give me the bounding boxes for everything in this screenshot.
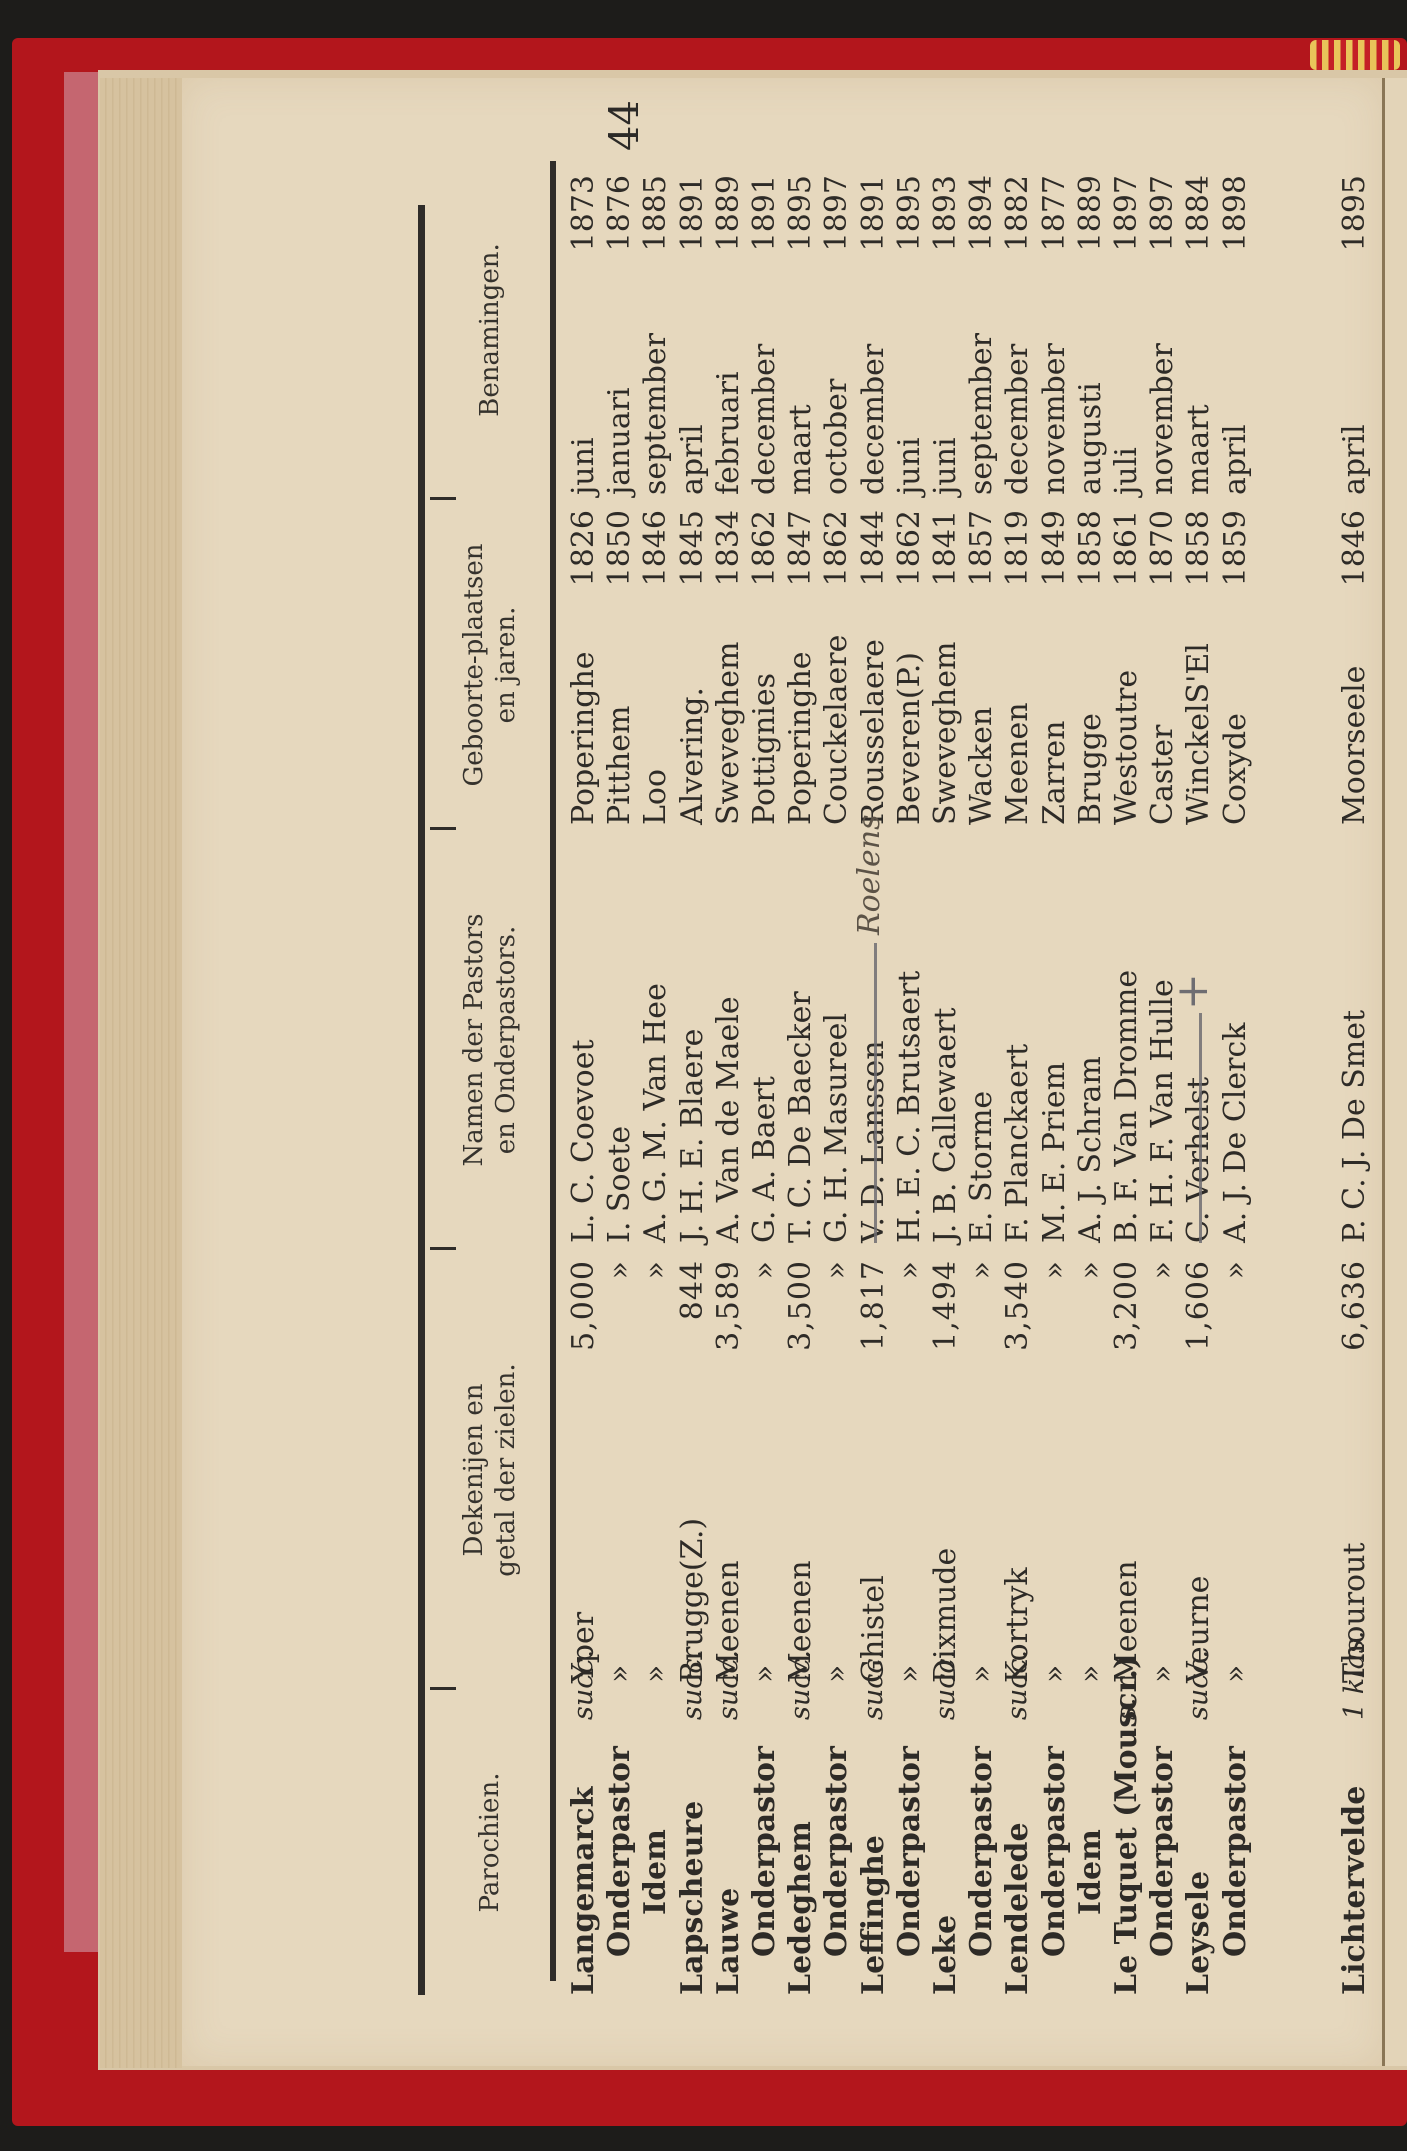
dekenij-cell: Dixmude bbox=[928, 1428, 964, 1683]
benaming-jaar-cell: 1897 bbox=[1145, 175, 1181, 285]
zielen-cell: » bbox=[964, 1260, 1000, 1410]
zielen-cell: » bbox=[747, 1260, 783, 1410]
naam-cell: G. A. Baert bbox=[747, 823, 783, 1243]
dekenij-cell: » bbox=[892, 1428, 928, 1683]
naam-cell: J. B. Callewaert bbox=[928, 823, 964, 1243]
geboorteplaats-cell: Pitthem bbox=[602, 590, 638, 825]
parochie-cell: Lendelede bbox=[1000, 1730, 1036, 1995]
benaming-jaar-cell: 1891 bbox=[747, 175, 783, 285]
benaming-jaar-cell: 1895 bbox=[1337, 175, 1373, 285]
pencil-strikethrough bbox=[1199, 1013, 1202, 1243]
header-namen: Namen der Pastors en Onderpastors. bbox=[440, 830, 540, 1250]
benaming-jaar-cell: 1895 bbox=[892, 175, 928, 285]
geboorteplaats-cell: Poperinghe bbox=[566, 590, 602, 825]
benaming-jaar-cell: 1891 bbox=[856, 175, 892, 285]
table-row: Onderpastor»»E. StormeWacken1857septembe… bbox=[964, 155, 1000, 1995]
table-row: Onderpastor»»G. A. BaertPottignies1862de… bbox=[747, 155, 783, 1995]
naam-cell: F. Planckaert bbox=[1000, 823, 1036, 1243]
table-row: Onderpastor»»I. SoetePitthem1850januari1… bbox=[602, 155, 638, 1995]
benaming-maand-cell: maart bbox=[1181, 295, 1217, 495]
table-row: Onderpastor»»A. J. De ClerckCoxyde1859ap… bbox=[1218, 155, 1254, 1995]
table-row: Leffinghesucc.Ghistel1,817V. D. LanssenR… bbox=[856, 155, 892, 1995]
parochie-cell: Idem bbox=[1073, 1650, 1109, 1995]
geboortejaar-cell: 1857 bbox=[964, 510, 1000, 590]
naam-cell: M. E. Priem bbox=[1037, 823, 1073, 1243]
header-benamingen: Benamingen. bbox=[440, 160, 540, 500]
geboortejaar-cell: 1862 bbox=[819, 510, 855, 590]
geboorteplaats-cell: Rousselaere bbox=[856, 590, 892, 825]
benaming-jaar-cell: 1882 bbox=[1000, 175, 1036, 285]
geboorteplaats-cell: Coxyde bbox=[1218, 590, 1254, 825]
naam-cell: G. H. Masureel bbox=[819, 823, 855, 1243]
benaming-maand-cell: september bbox=[964, 295, 1000, 495]
parochie-cell: Onderpastor bbox=[747, 1692, 783, 1995]
zielen-cell: 3,540 bbox=[1000, 1260, 1036, 1410]
parochie-cell: Onderpastor bbox=[819, 1692, 855, 1995]
benaming-maand-cell: augusti bbox=[1073, 295, 1109, 495]
geboortejaar-cell: 1858 bbox=[1073, 510, 1109, 590]
naam-cell: T. C. De Baecker bbox=[783, 823, 819, 1243]
geboortejaar-cell: 1859 bbox=[1218, 510, 1254, 590]
zielen-cell: 6,636 bbox=[1337, 1260, 1373, 1410]
table-row: Lapscheuresucc.Brugge(Z.)844J. H. E. Bla… bbox=[675, 155, 711, 1995]
geboorteplaats-cell: Pottignies bbox=[747, 590, 783, 825]
geboortejaar-cell: 1834 bbox=[711, 510, 747, 590]
table-row: Lendeledesucc.Kortryk3,540F. PlanckaertM… bbox=[1000, 155, 1036, 1995]
geboortejaar-cell: 1844 bbox=[856, 510, 892, 590]
zielen-cell: » bbox=[1145, 1260, 1181, 1410]
dekenij-cell: » bbox=[1218, 1428, 1254, 1683]
zielen-cell: 1,606 bbox=[1181, 1260, 1217, 1410]
geboorteplaats-cell: Alvering. bbox=[675, 590, 711, 825]
zielen-cell: » bbox=[1218, 1260, 1254, 1410]
dekenij-cell: Veurne bbox=[1181, 1428, 1217, 1683]
parochie-cell: Ledeghem bbox=[783, 1730, 819, 1995]
zielen-cell: 3,589 bbox=[711, 1260, 747, 1410]
naam-cell: B. F. Van Dromme bbox=[1109, 823, 1145, 1243]
zielen-cell: » bbox=[892, 1260, 928, 1410]
naam-cell: A. J. Schram bbox=[1073, 823, 1109, 1243]
parochie-cell: Leke bbox=[928, 1730, 964, 1995]
benaming-maand-cell: januari bbox=[602, 295, 638, 495]
parochie-cell: Onderpastor bbox=[1218, 1692, 1254, 1995]
parochie-cell: Onderpastor bbox=[892, 1692, 928, 1995]
pencil-strikethrough bbox=[874, 943, 877, 1243]
geboorteplaats-cell: Sweveghem bbox=[928, 590, 964, 825]
page-number: 44 bbox=[602, 100, 648, 151]
table-row: Onderpastor»»F. H. F. Van HulleCaster187… bbox=[1145, 155, 1181, 1995]
table-row: Leyselesucc.Veurne1,606C. VerhelstWincke… bbox=[1181, 155, 1217, 1995]
header-geboorte: Geboorte-plaatsen en jaren. bbox=[440, 500, 540, 830]
benaming-jaar-cell: 1897 bbox=[1109, 175, 1145, 285]
table-row: Lauwesucc.Meenen3,589A. Van de MaeleSwev… bbox=[711, 155, 747, 1995]
table-row: Langemarcksucc.Yper5,000L. C. CoevoetPop… bbox=[566, 155, 602, 1995]
dekenij-cell: Ghistel bbox=[856, 1428, 892, 1683]
benaming-maand-cell: october bbox=[819, 295, 855, 495]
benaming-maand-cell: december bbox=[856, 295, 892, 495]
zielen-cell: 5,000 bbox=[566, 1260, 602, 1410]
table-row: Lichtervelde1 klas.Thourout6,636P. C. J.… bbox=[1337, 155, 1373, 1995]
parochie-cell: Lapscheure bbox=[675, 1730, 711, 1995]
geboortejaar-cell: 1846 bbox=[638, 510, 674, 590]
benaming-maand-cell: juni bbox=[892, 295, 928, 495]
geboortejaar-cell: 1862 bbox=[747, 510, 783, 590]
zielen-cell: 1,817 bbox=[856, 1260, 892, 1410]
table-row: Onderpastor»»G. H. MasureelCouckelaere18… bbox=[819, 155, 855, 1995]
naam-cell: F. H. F. Van Hulle bbox=[1145, 823, 1181, 1243]
benaming-jaar-cell: 1877 bbox=[1037, 175, 1073, 285]
zielen-cell: » bbox=[602, 1260, 638, 1410]
table-row: Ledeghemsucc.Meenen3,500T. C. De Baecker… bbox=[783, 155, 819, 1995]
dekenij-cell: » bbox=[602, 1428, 638, 1683]
table-row: Idem»»A. J. SchramBrugge1858augusti1889 bbox=[1073, 155, 1109, 1995]
naam-cell: P. C. J. De Smet bbox=[1337, 823, 1373, 1243]
dekenij-cell: » bbox=[964, 1428, 1000, 1683]
benaming-jaar-cell: 1876 bbox=[602, 175, 638, 285]
dekenij-cell: Kortryk bbox=[1000, 1428, 1036, 1683]
naam-cell: I. Soete bbox=[602, 823, 638, 1243]
header-namen-line2: en Onderpastors. bbox=[490, 926, 522, 1155]
benaming-jaar-cell: 1891 bbox=[675, 175, 711, 285]
dekenij-cell: Thourout bbox=[1337, 1428, 1373, 1683]
benaming-maand-cell: maart bbox=[783, 295, 819, 495]
benaming-jaar-cell: 1894 bbox=[964, 175, 1000, 285]
geboorteplaats-cell: Brugge bbox=[1073, 590, 1109, 825]
geboortejaar-cell: 1841 bbox=[928, 510, 964, 590]
geboortejaar-cell: 1858 bbox=[1181, 510, 1217, 590]
dekenij-cell: » bbox=[747, 1428, 783, 1683]
naam-cell: E. Storme bbox=[964, 823, 1000, 1243]
parochie-cell: Lauwe bbox=[711, 1730, 747, 1995]
dekenij-cell: » bbox=[638, 1428, 674, 1683]
parochie-cell: Lichtervelde bbox=[1337, 1730, 1373, 1995]
geboortejaar-cell: 1849 bbox=[1037, 510, 1073, 590]
zielen-cell: » bbox=[1037, 1260, 1073, 1410]
table-row: Lekesucc.Dixmude1,494J. B. CallewaertSwe… bbox=[928, 155, 964, 1995]
table-row: Onderpastor»»H. E. C. BrutsaertBeveren(P… bbox=[892, 155, 928, 1995]
benaming-maand-cell: juni bbox=[928, 295, 964, 495]
parochie-cell: Leysele bbox=[1181, 1730, 1217, 1995]
parochie-cell: Langemarck bbox=[566, 1730, 602, 1995]
parochie-cell: Onderpastor bbox=[1037, 1692, 1073, 1995]
zielen-cell: 1,494 bbox=[928, 1260, 964, 1410]
benaming-jaar-cell: 1897 bbox=[819, 175, 855, 285]
zielen-cell: 3,200 bbox=[1109, 1260, 1145, 1410]
benaming-maand-cell: juni bbox=[566, 295, 602, 495]
geboorteplaats-cell: Westoutre bbox=[1109, 590, 1145, 825]
benaming-maand-cell: februari bbox=[711, 295, 747, 495]
geboortejaar-cell: 1845 bbox=[675, 510, 711, 590]
benaming-jaar-cell: 1889 bbox=[1073, 175, 1109, 285]
zielen-cell: » bbox=[638, 1260, 674, 1410]
benaming-maand-cell: april bbox=[1218, 295, 1254, 495]
handwritten-annotation: + bbox=[1175, 973, 1211, 1010]
header-dekenijen: Dekenijen en getal der zielen. bbox=[440, 1250, 540, 1690]
header-namen-line1: Namen der Pastors bbox=[458, 913, 490, 1166]
benaming-maand-cell: november bbox=[1037, 295, 1073, 495]
rotated-page-content: 44 Parochien. Dekenijen en getal der zie… bbox=[0, 0, 1407, 2151]
benaming-jaar-cell: 1895 bbox=[783, 175, 819, 285]
geboorteplaats-cell: Couckelaere bbox=[819, 590, 855, 825]
benaming-jaar-cell: 1898 bbox=[1218, 175, 1254, 285]
parochie-cell: Onderpastor bbox=[602, 1692, 638, 1995]
header-dekenijen-line1: Dekenijen en bbox=[458, 1383, 490, 1556]
geboorteplaats-cell: Loo bbox=[638, 590, 674, 825]
header-parochien: Parochien. bbox=[440, 1690, 540, 1995]
geboorteplaats-cell: Meenen bbox=[1000, 590, 1036, 825]
dekenij-cell: Brugge(Z.) bbox=[675, 1428, 711, 1683]
dekenij-cell: » bbox=[1145, 1428, 1181, 1683]
geboorteplaats-cell: Wacken bbox=[964, 590, 1000, 825]
dekenij-cell: Yper bbox=[566, 1428, 602, 1683]
geboorteplaats-cell: WinckelS'El bbox=[1181, 590, 1217, 825]
geboortejaar-cell: 1861 bbox=[1109, 510, 1145, 590]
naam-cell: A. G. M. Van Hee bbox=[638, 823, 674, 1243]
benaming-maand-cell: april bbox=[1337, 295, 1373, 495]
benaming-jaar-cell: 1873 bbox=[566, 175, 602, 285]
benaming-maand-cell: december bbox=[1000, 295, 1036, 495]
header-benamingen-label: Benamingen. bbox=[474, 243, 506, 417]
benaming-jaar-cell: 1885 bbox=[638, 175, 674, 285]
parochie-cell: Leffinghe bbox=[856, 1730, 892, 1995]
dekenij-cell: Meenen bbox=[783, 1428, 819, 1683]
zielen-cell: » bbox=[1073, 1260, 1109, 1410]
geboorteplaats-cell: Sweveghem bbox=[711, 590, 747, 825]
geboorteplaats-cell: Zarren bbox=[1037, 590, 1073, 825]
parochie-cell: Onderpastor bbox=[964, 1692, 1000, 1995]
handwritten-annotation: Roelens bbox=[852, 815, 888, 935]
naam-cell: A. Van de Maele bbox=[711, 823, 747, 1243]
benaming-maand-cell: november bbox=[1145, 295, 1181, 495]
geboorteplaats-cell: Moorseele bbox=[1337, 590, 1373, 825]
naam-cell: H. E. C. Brutsaert bbox=[892, 823, 928, 1243]
naam-cell: J. H. E. Blaere bbox=[675, 823, 711, 1243]
zielen-cell: 844 bbox=[675, 1260, 711, 1410]
parochie-cell: Idem bbox=[638, 1650, 674, 1995]
benaming-maand-cell: december bbox=[747, 295, 783, 495]
parochie-cell: Onderpastor bbox=[1145, 1692, 1181, 1995]
top-rule bbox=[418, 205, 425, 1995]
header-geboorte-line2: en jaren. bbox=[490, 607, 522, 724]
header-parochien-label: Parochien. bbox=[474, 1773, 506, 1913]
zielen-cell: 3,500 bbox=[783, 1260, 819, 1410]
geboorteplaats-cell: Beveren(P.) bbox=[892, 590, 928, 825]
benaming-maand-cell: september bbox=[638, 295, 674, 495]
geboortejaar-cell: 1847 bbox=[783, 510, 819, 590]
geboorteplaats-cell: Poperinghe bbox=[783, 590, 819, 825]
table-row: Le Tuquet (Mouscr.)s.Meenen3,200B. F. Va… bbox=[1109, 155, 1145, 1995]
header-geboorte-line1: Geboorte-plaatsen bbox=[458, 543, 490, 786]
benaming-jaar-cell: 1889 bbox=[711, 175, 747, 285]
dekenij-cell: Meenen bbox=[1109, 1428, 1145, 1683]
benaming-jaar-cell: 1884 bbox=[1181, 175, 1217, 285]
parochie-cell: Le Tuquet (Mouscr.) bbox=[1109, 1730, 1145, 1995]
zielen-cell: » bbox=[819, 1260, 855, 1410]
table-row: Onderpastor»»M. E. PriemZarren1849novemb… bbox=[1037, 155, 1073, 1995]
geboortejaar-cell: 1870 bbox=[1145, 510, 1181, 590]
naam-cell: A. J. De Clerck bbox=[1218, 823, 1254, 1243]
geboortejaar-cell: 1862 bbox=[892, 510, 928, 590]
header-rule bbox=[550, 161, 556, 1981]
benaming-maand-cell: juli bbox=[1109, 295, 1145, 495]
geboortejaar-cell: 1846 bbox=[1337, 510, 1373, 590]
dekenij-cell: » bbox=[819, 1428, 855, 1683]
geboortejaar-cell: 1826 bbox=[566, 510, 602, 590]
naam-cell: L. C. Coevoet bbox=[566, 823, 602, 1243]
dekenij-cell: » bbox=[1073, 1428, 1109, 1683]
geboortejaar-cell: 1850 bbox=[602, 510, 638, 590]
dekenij-cell: » bbox=[1037, 1428, 1073, 1683]
geboortejaar-cell: 1819 bbox=[1000, 510, 1036, 590]
benaming-jaar-cell: 1893 bbox=[928, 175, 964, 285]
header-dekenijen-line2: getal der zielen. bbox=[490, 1363, 522, 1576]
benaming-maand-cell: april bbox=[675, 295, 711, 495]
geboorteplaats-cell: Caster bbox=[1145, 590, 1181, 825]
dekenij-cell: Meenen bbox=[711, 1428, 747, 1683]
table-row: Idem»»A. G. M. Van HeeLoo1846september18… bbox=[638, 155, 674, 1995]
